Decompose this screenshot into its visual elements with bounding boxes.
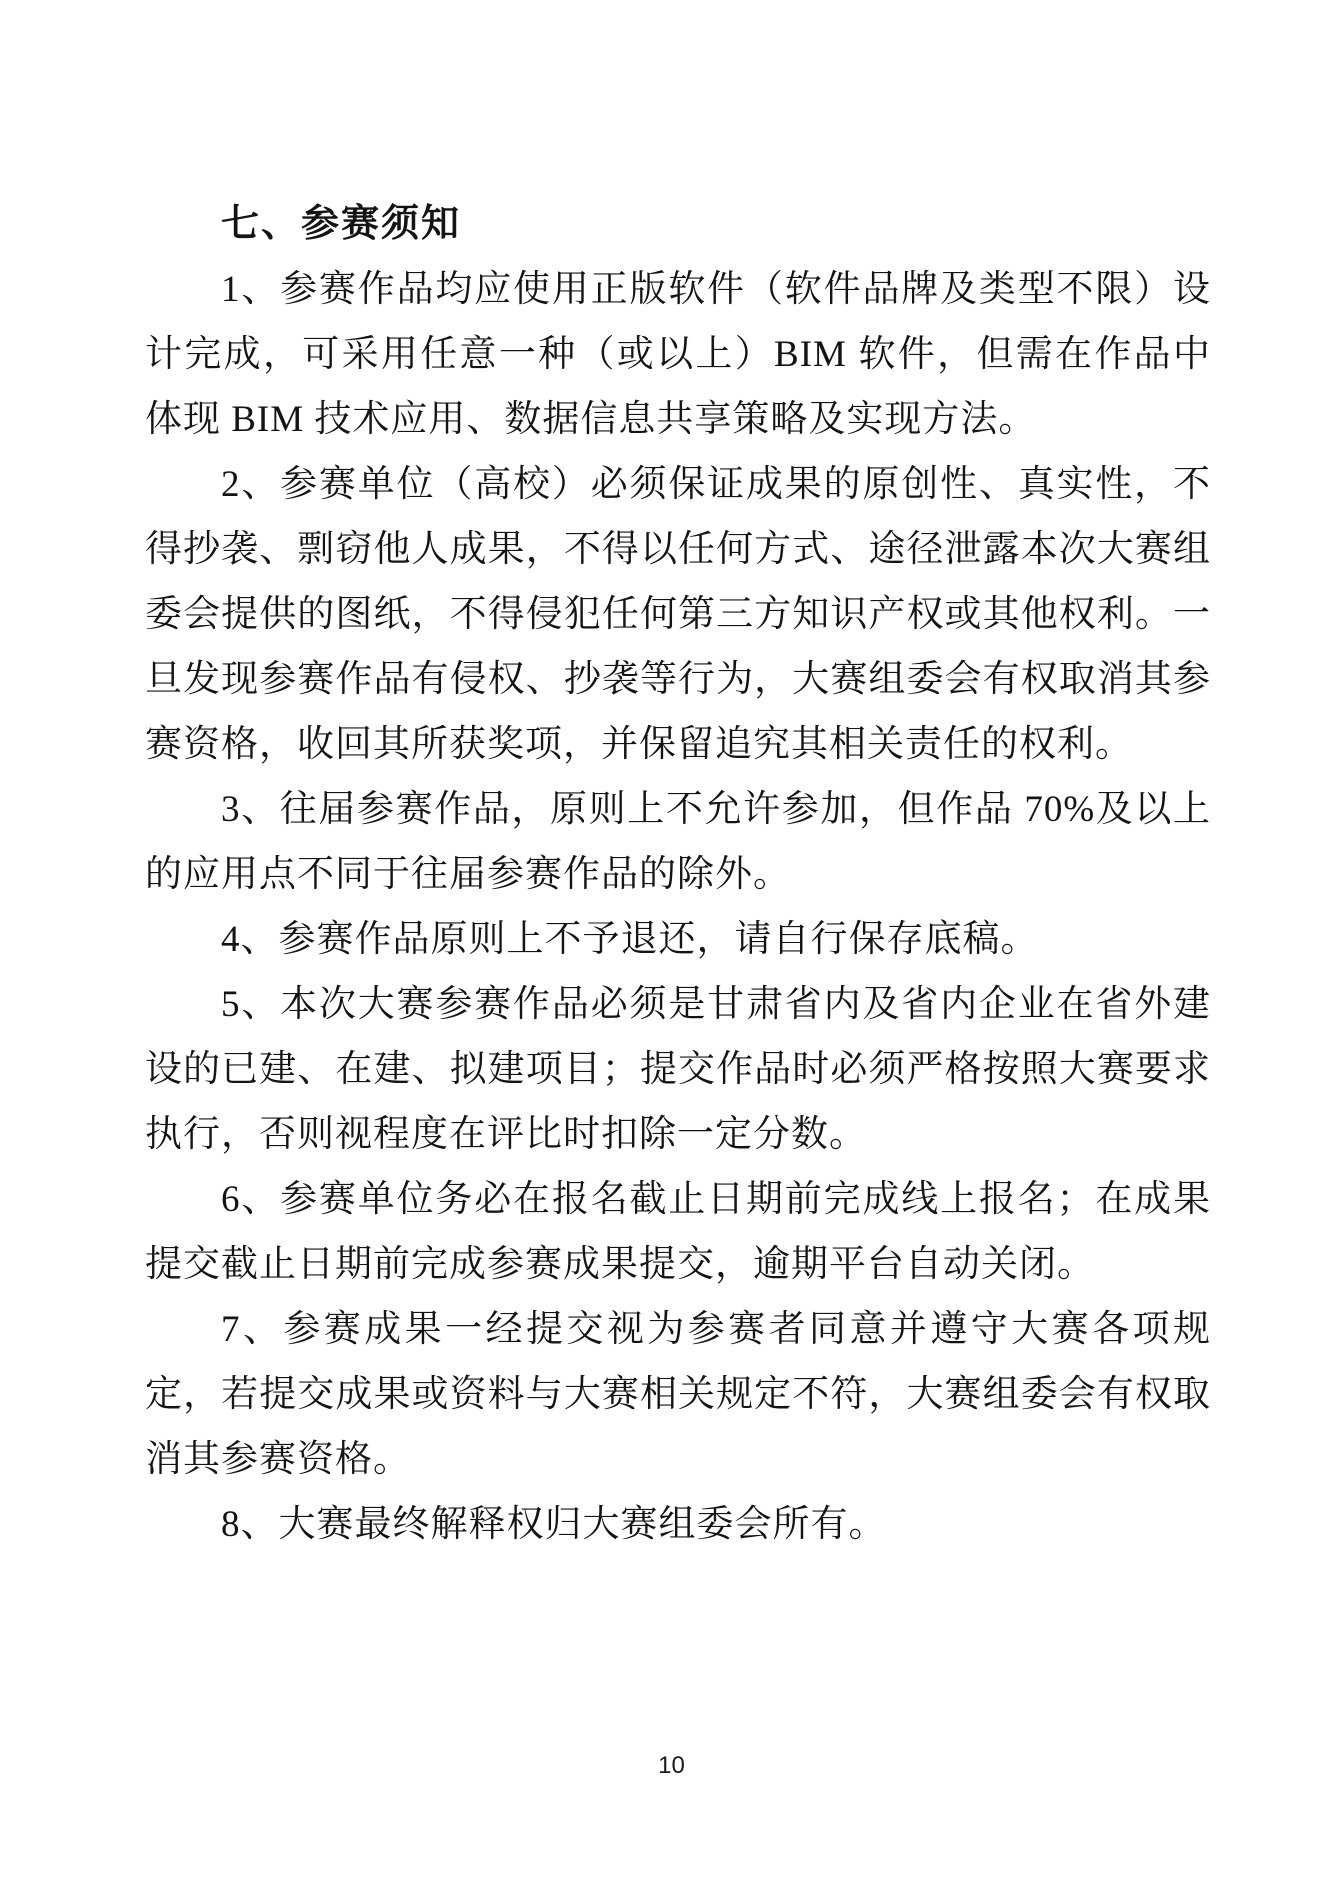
paragraph-1: 1、参赛作品均应使用正版软件（软件品牌及类型不限）设计完成，可采用任意一种（或以… <box>145 257 1211 452</box>
page-number: 10 <box>0 1752 1343 1780</box>
paragraph-2: 2、参赛单位（高校）必须保证成果的原创性、真实性，不得抄袭、剽窃他人成果，不得以… <box>145 452 1211 777</box>
paragraph-5: 5、本次大赛参赛作品必须是甘肃省内及省内企业在省外建设的已建、在建、拟建项目；提… <box>145 972 1211 1167</box>
document-content: 七、参赛须知 1、参赛作品均应使用正版软件（软件品牌及类型不限）设计完成，可采用… <box>145 192 1211 1557</box>
paragraph-6: 6、参赛单位务必在报名截止日期前完成线上报名；在成果提交截止日期前完成参赛成果提… <box>145 1167 1211 1297</box>
paragraph-3: 3、往届参赛作品，原则上不允许参加，但作品 70%及以上的应用点不同于往届参赛作… <box>145 777 1211 907</box>
document-page: 七、参赛须知 1、参赛作品均应使用正版软件（软件品牌及类型不限）设计完成，可采用… <box>0 0 1343 1900</box>
paragraph-8: 8、大赛最终解释权归大赛组委会所有。 <box>145 1492 1211 1557</box>
paragraph-7: 7、参赛成果一经提交视为参赛者同意并遵守大赛各项规定，若提交成果或资料与大赛相关… <box>145 1297 1211 1492</box>
section-heading: 七、参赛须知 <box>145 192 1211 257</box>
paragraph-4: 4、参赛作品原则上不予退还，请自行保存底稿。 <box>145 907 1211 972</box>
